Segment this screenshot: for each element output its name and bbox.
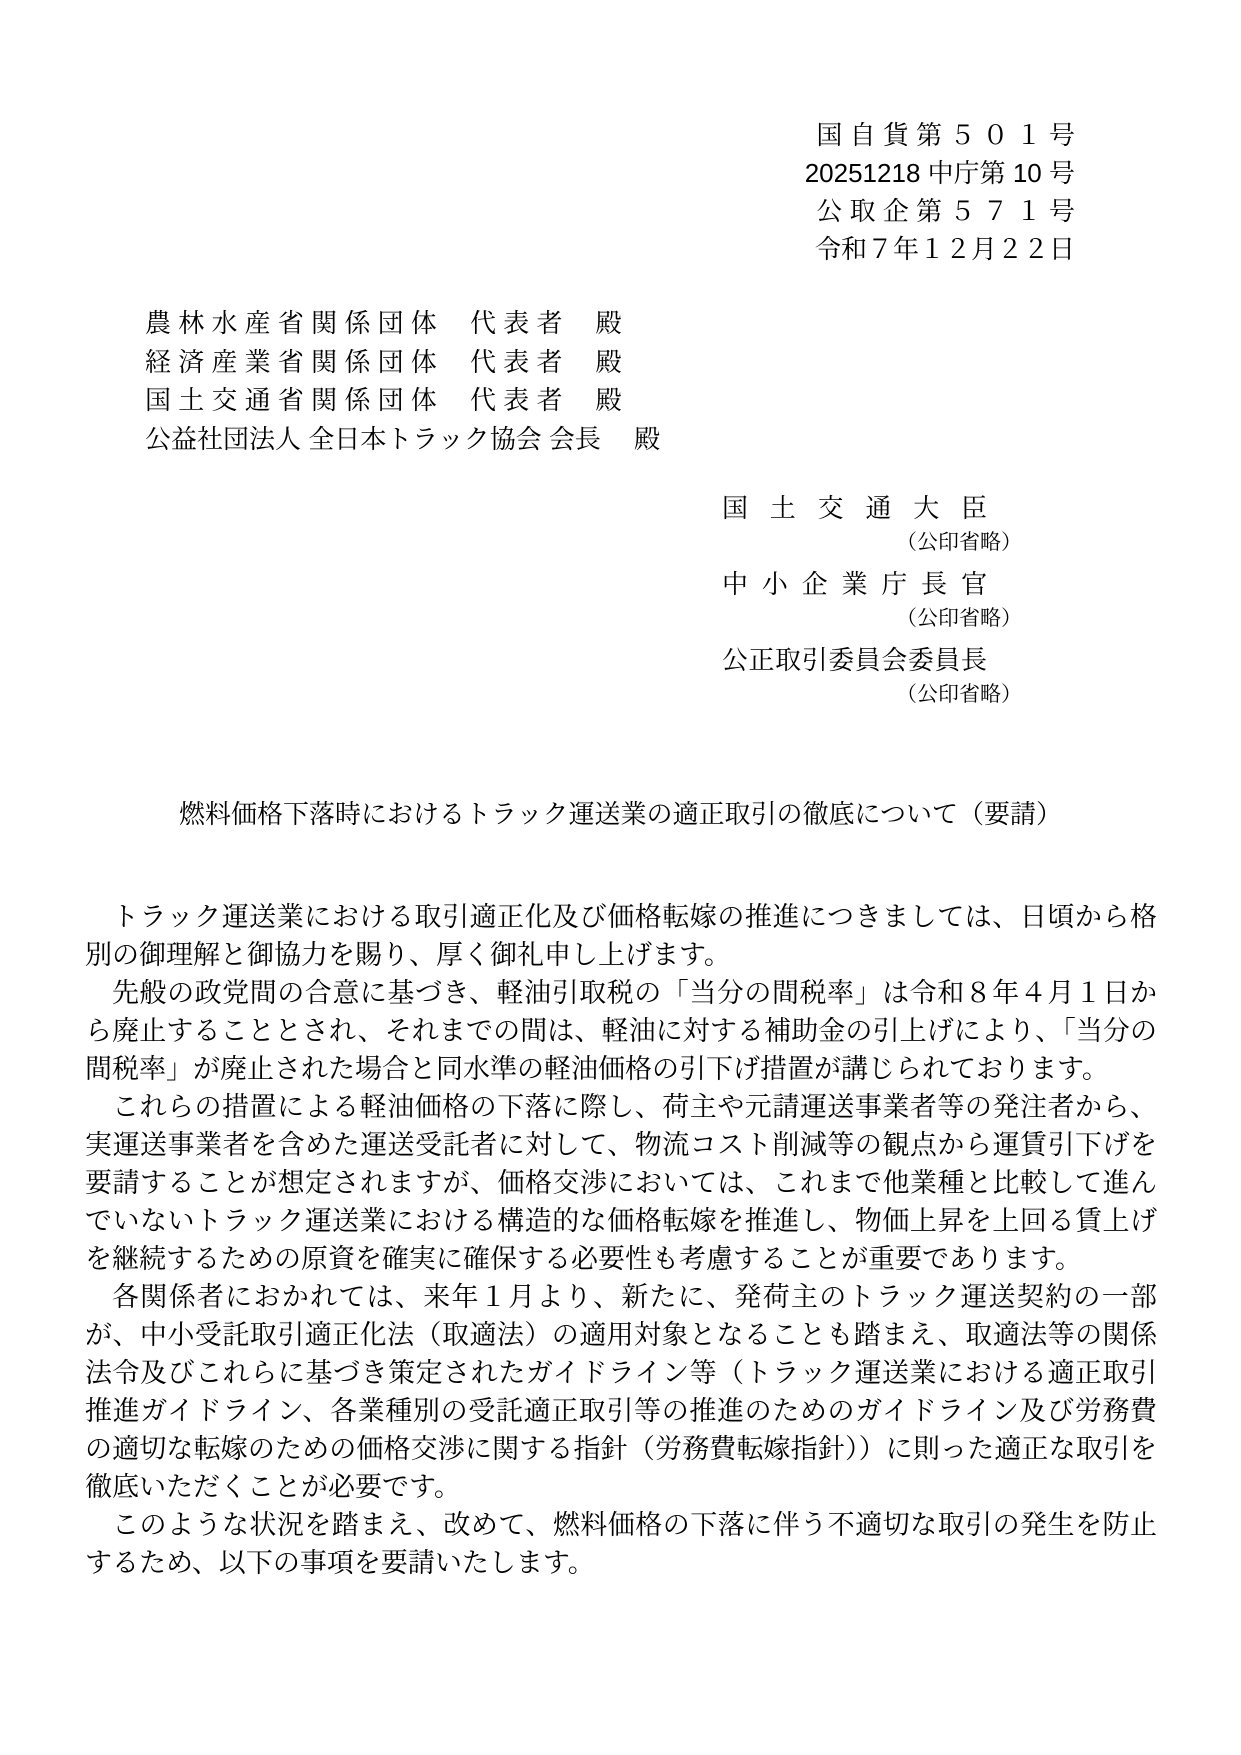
subject-line: 燃料価格下落時におけるトラック運送業の適正取引の徹底について（要請）	[0, 797, 1241, 831]
addressee-maff-organizations: 農 林 水 産 省 関 係 団 体 代 表 者 殿	[145, 304, 660, 343]
signer-title: 公正取引委員会委員長	[722, 644, 987, 676]
addressee-mlit-organizations: 国 土 交 通 省 関 係 団 体 代 表 者 殿	[145, 381, 660, 420]
addressee-japan-trucking-association: 公益社団法人 全日本トラック協会 会長 殿	[145, 420, 660, 459]
body-paragraph-request: このような状況を踏まえ、改めて、燃料価格の下落に伴う不適切な取引の発生を防止する…	[85, 1506, 1157, 1582]
body-paragraph-guidelines: 各関係者におかれては、来年１月より、新たに、発荷主のトラック運送契約の一部が、中…	[85, 1278, 1157, 1506]
doc-number-chucho: 20251218 中庁第 10 号	[805, 154, 1075, 192]
document-date: 令和７年１２月２２日	[805, 230, 1075, 268]
seal-omitted-note: （公印省略）	[722, 530, 1022, 556]
addressee-meti-organizations: 経 済 産 業 省 関 係 団 体 代 表 者 殿	[145, 343, 660, 382]
body-paragraph-greeting: トラック運送業における取引適正化及び価格転嫁の推進につきましては、日頃から格別の…	[85, 898, 1157, 974]
addressee-block: 農 林 水 産 省 関 係 団 体 代 表 者 殿 経 済 産 業 省 関 係 …	[145, 304, 660, 458]
document-number-block: 国 自 貨 第 ５ ０ １ 号 20251218 中庁第 10 号 公 取 企 …	[805, 116, 1075, 268]
signature-entry-jftc-chairman: 公正取引委員会委員長 （公印省略）	[722, 644, 1022, 708]
signer-title: 国土交通大臣	[722, 492, 987, 524]
signature-entry-mlit-minister: 国土交通大臣 （公印省略）	[722, 492, 1022, 556]
doc-number-kotorikigyo: 公 取 企 第 ５ ７ １ 号	[805, 192, 1075, 230]
doc-number-kokujika: 国 自 貨 第 ５ ０ １ 号	[805, 116, 1075, 154]
body-paragraph-price-negotiation: これらの措置による軽油価格の下落に際し、荷主や元請運送事業者等の発注者から、実運…	[85, 1088, 1157, 1278]
seal-omitted-note: （公印省略）	[722, 606, 1022, 632]
signature-entry-sme-agency-commissioner: 中小企業庁長官 （公印省略）	[722, 568, 1022, 632]
seal-omitted-note: （公印省略）	[722, 682, 1022, 708]
official-letter-page: 国 自 貨 第 ５ ０ １ 号 20251218 中庁第 10 号 公 取 企 …	[0, 0, 1241, 1755]
signature-block: 国土交通大臣 （公印省略） 中小企業庁長官 （公印省略） 公正取引委員会委員長 …	[722, 492, 1022, 720]
letter-body: トラック運送業における取引適正化及び価格転嫁の推進につきましては、日頃から格別の…	[85, 898, 1157, 1582]
signer-title: 中小企業庁長官	[722, 568, 987, 600]
body-paragraph-tax-measures: 先般の政党間の合意に基づき、軽油引取税の「当分の間税率」は令和８年４月１日から廃…	[85, 974, 1157, 1088]
